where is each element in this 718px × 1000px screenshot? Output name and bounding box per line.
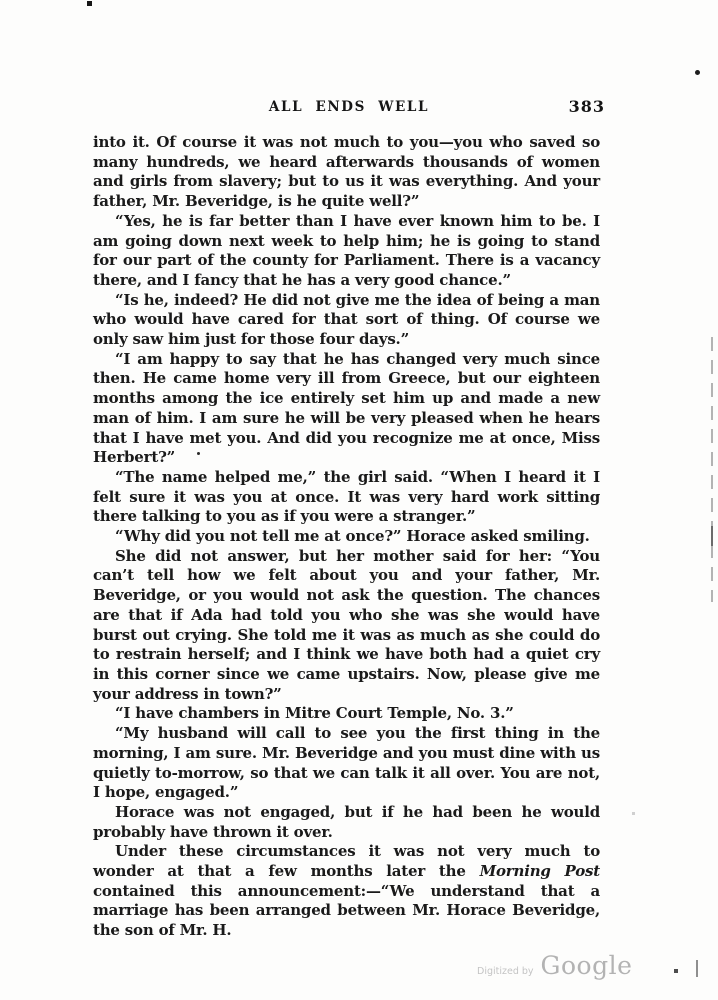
paragraph-7: She did not answer, but her mother said …	[93, 547, 600, 705]
scan-dot-top-right	[695, 70, 700, 75]
scan-edge-line-dark-segment	[711, 526, 713, 546]
digitized-by-label: Digitized by	[477, 966, 534, 977]
paragraph-2: “Yes, he is far better than I have ever …	[93, 212, 600, 291]
scan-bottom-right-dot	[674, 969, 678, 973]
page-number: 383	[569, 97, 605, 116]
scan-edge-line	[711, 337, 713, 602]
paragraph-11-text-after: contained this announcement:—“We underst…	[93, 882, 600, 939]
paragraph-3: “Is he, indeed? He did not give me the i…	[93, 291, 600, 350]
scan-faint-speck	[632, 812, 635, 815]
paragraph-4: “I am happy to say that he has changed v…	[93, 350, 600, 468]
google-logo: Google	[541, 951, 633, 980]
paragraph-9: “My husband will call to see you the fir…	[93, 724, 600, 803]
scanned-book-page: ALL ENDS WELL 383 into it. Of course it …	[0, 0, 718, 1000]
paragraph-1: into it. Of course it was not much to yo…	[93, 133, 600, 212]
paragraph-8: “I have chambers in Mitre Court Temple, …	[93, 704, 600, 724]
paragraph-5: “The name helped me,” the girl said. “Wh…	[93, 468, 600, 527]
running-title: ALL ENDS WELL	[93, 99, 605, 115]
page-header: ALL ENDS WELL 383	[93, 99, 605, 117]
paragraph-6: “Why did you not tell me at once?” Horac…	[93, 527, 600, 547]
paragraph-10: Horace was not engaged, but if he had be…	[93, 803, 600, 842]
body-text-column: into it. Of course it was not much to yo…	[93, 133, 600, 941]
paragraph-11: Under these circumstances it was not ver…	[93, 842, 600, 941]
scan-stray-dot	[197, 452, 200, 455]
morning-post-italic-title: Morning Post	[480, 862, 600, 880]
scan-bottom-right-tick	[696, 960, 698, 977]
google-watermark: Digitized by Google	[477, 951, 632, 980]
scan-speck-top-left	[87, 1, 92, 6]
